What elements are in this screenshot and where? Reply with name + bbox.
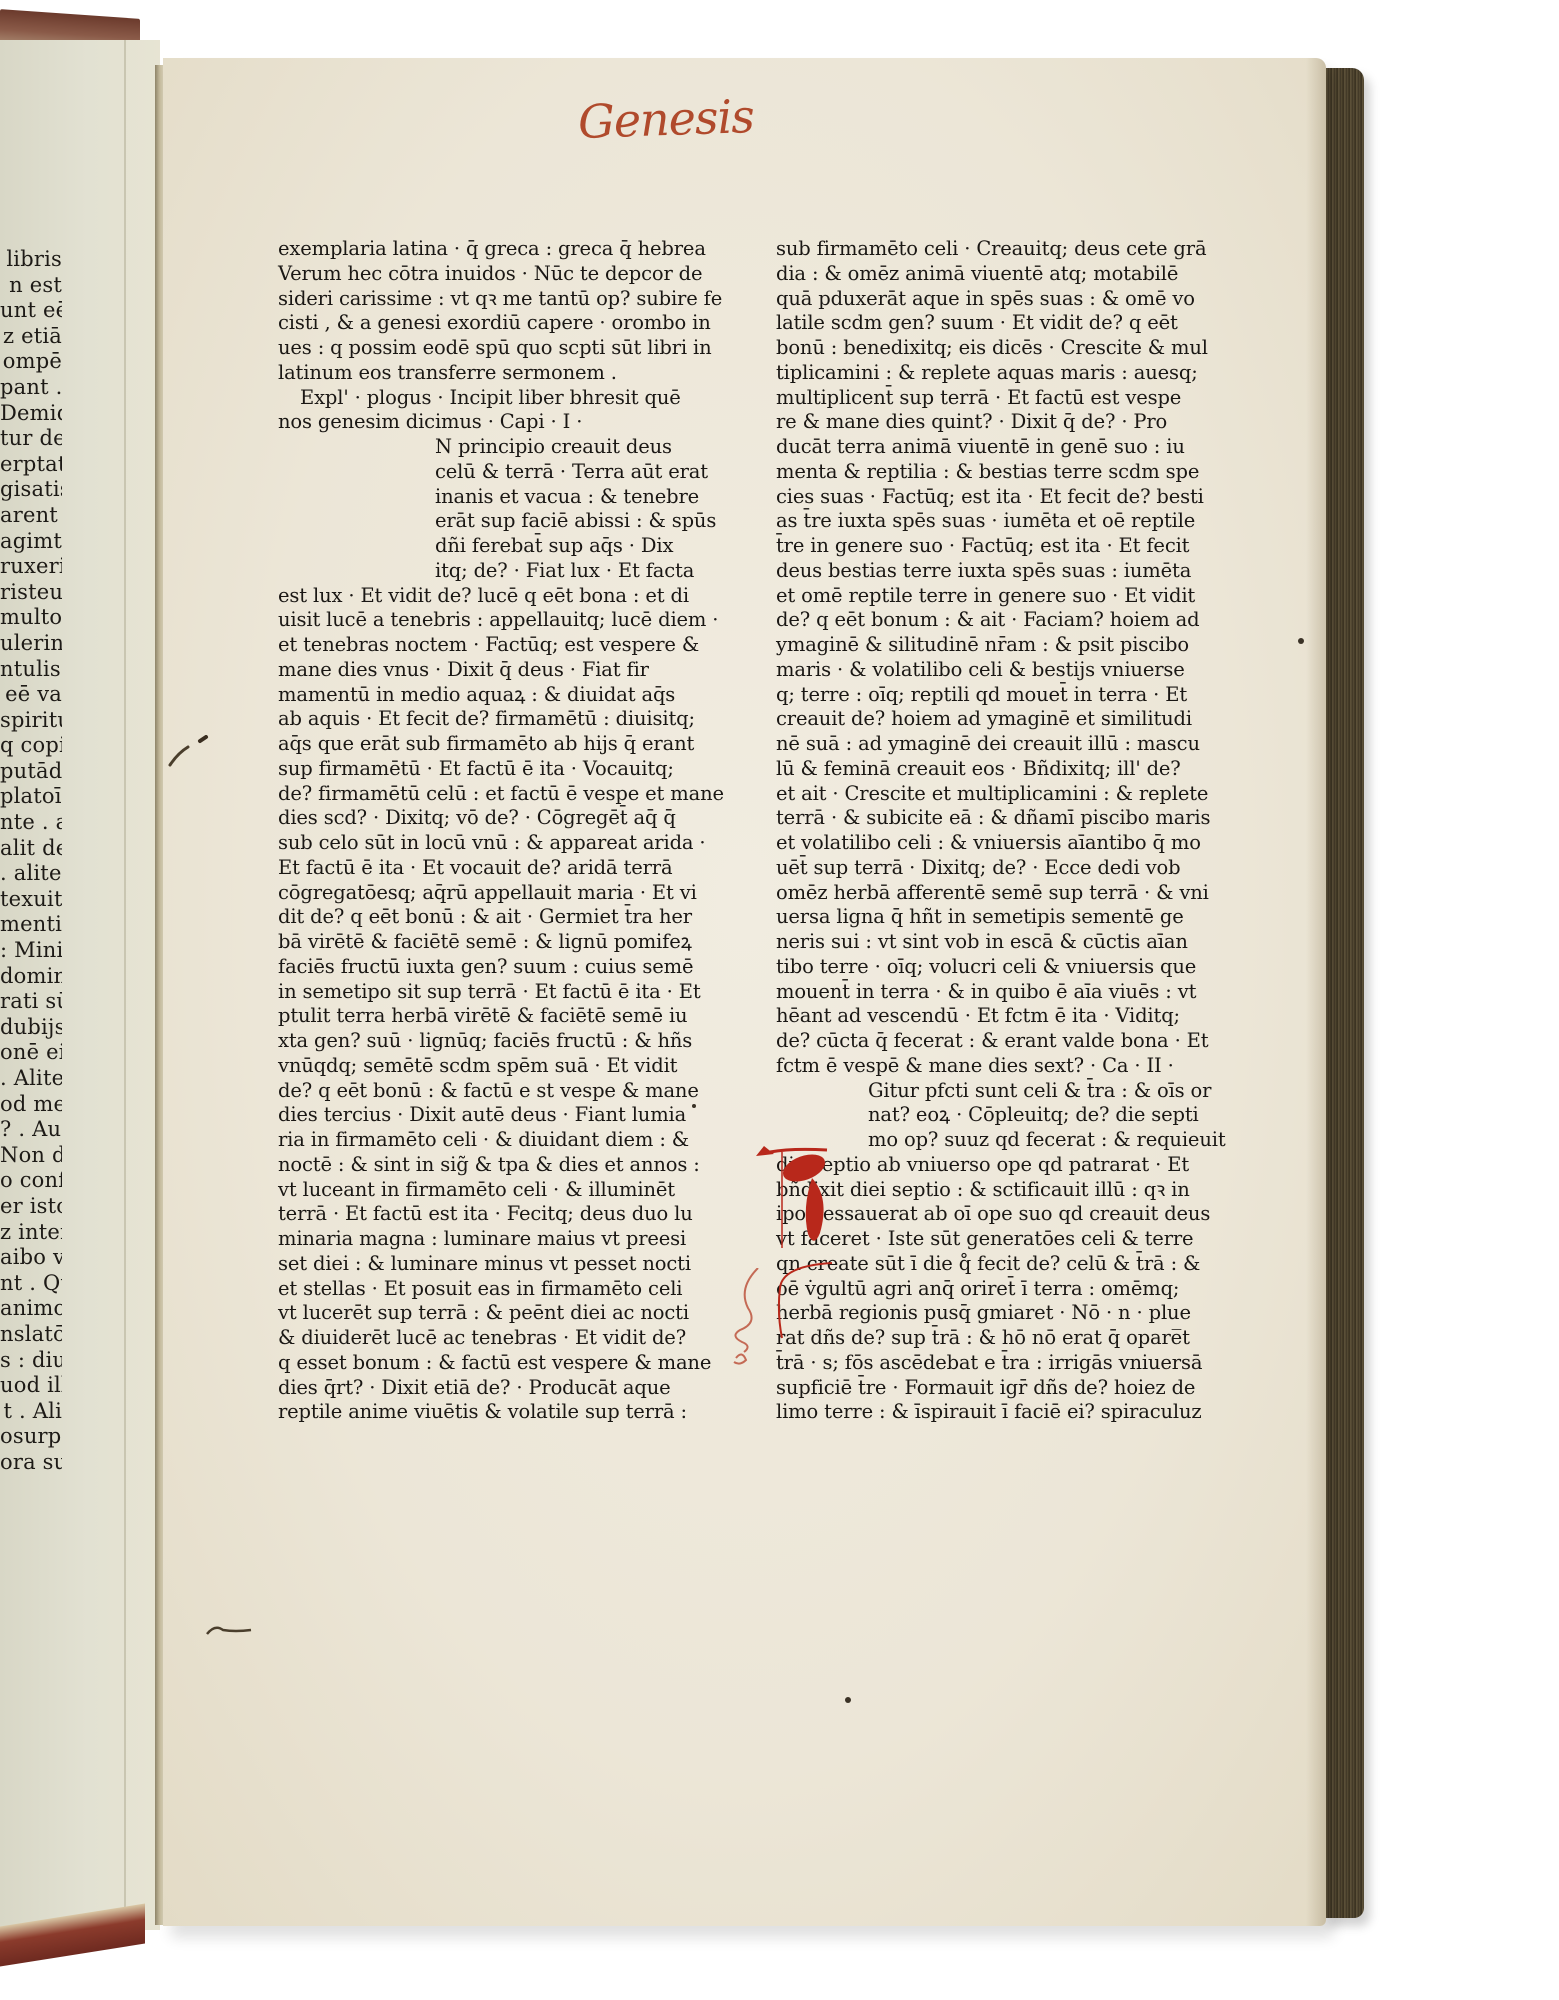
text-line: sideri carissime : vt qꝛ me tantū op? su…: [278, 287, 718, 312]
text-line: terrā · Et factū est ita · Fecitq; deus …: [278, 1202, 718, 1227]
text-line: unt eē: [0, 298, 62, 324]
text-line: s : diuer: [0, 1348, 62, 1374]
running-title: Genesis: [577, 89, 755, 149]
text-line: ? . Audi: [0, 1117, 62, 1143]
text-line: arent .: [0, 503, 62, 529]
text-line: ompē: [0, 349, 62, 375]
text-line: uēt̄ sup terrā · Dixitq; de? · Ecce dedi…: [776, 856, 1212, 881]
text-line: nslatōne: [0, 1322, 62, 1348]
text-line: q copia: [0, 733, 62, 759]
text-line: fctm ē vespē & mane dies sext? · Ca · II…: [776, 1054, 1212, 1079]
text-line: q esset bonum : & factū est vespere & ma…: [278, 1351, 718, 1376]
text-line: die septio ab vniuerso ope qd patrarat ·…: [776, 1153, 1212, 1178]
text-line: bonū : benedixitq; eis dicēs · Crescite …: [776, 336, 1212, 361]
text-line: rat dñs de? sup t̄rā : & hō nō erat q̄ o…: [776, 1326, 1212, 1351]
text-line: . aliter: [0, 861, 62, 887]
text-line: est lux · Et vidit de? lucē q eēt bona :…: [278, 584, 718, 609]
text-line: mouent̄ in terra · & in quibo ē aīa viuē…: [776, 980, 1212, 1005]
text-line: menta & reptilia : & bestias terre scdm …: [776, 460, 1212, 485]
text-line: mamentū in medio aquaꝝ : & diuidat aq̄s: [278, 683, 718, 708]
text-line: nt . Quid: [0, 1271, 62, 1297]
text-line: in semetipo sit sup terrā · Et factū ē i…: [278, 980, 718, 1005]
text-line: nē suā : ad ymaginē dei creauit illū : m…: [776, 732, 1212, 757]
text-line: ducāt terra animā viuentē in genē suo : …: [776, 435, 1212, 460]
text-line: rati sūt: [0, 989, 62, 1015]
text-line: Expl' · plogus · Incipit liber bhresit q…: [278, 386, 718, 411]
text-line: et omē reptile terre in genere suo · Et …: [776, 584, 1212, 609]
text-line: q; terre : oīq; reptili qd mouet̄ in ter…: [776, 683, 1212, 708]
text-line: pant .: [0, 375, 62, 401]
text-line: exemplaria latina · q̄ greca : greca q̄ …: [278, 237, 718, 262]
text-line: dia : & omēz animā viuentē atq; motabilē: [776, 262, 1212, 287]
text-line: uod illi: [0, 1373, 62, 1399]
text-line: omēz herbā afferentē semē sup terrā · & …: [776, 881, 1212, 906]
text-line: platoīs: [0, 784, 62, 810]
text-line: ruxerit: [0, 554, 62, 580]
text-line: ntulisse: [0, 657, 62, 683]
text-line: . Aliter: [0, 1066, 62, 1092]
text-line: aibo vlti: [0, 1245, 62, 1271]
text-line: nte . af: [0, 810, 62, 836]
text-line: herbā regionis pusq̄ gmiaret · Nō · n · …: [776, 1301, 1212, 1326]
text-line: noctē : & sint in sig̃ & tpa & dies et a…: [278, 1153, 718, 1178]
text-line: animos: [0, 1296, 62, 1322]
text-line: domini: [0, 964, 62, 990]
text-line: mentiti: [0, 912, 62, 938]
text-line: texuit :: [0, 887, 62, 913]
speck-dot: [1298, 638, 1304, 644]
text-line: er istoꝝ: [0, 1194, 62, 1220]
left-page-gutter-line: [124, 40, 126, 1930]
text-line: latile scdm gen? suum · Et vidit de? q e…: [776, 311, 1212, 336]
text-line: nat? eoꝝ · Cōpleuitq; de? die septi: [776, 1103, 1212, 1128]
text-line: bā virētē & faciētē semē : & lignū pomif…: [278, 930, 718, 955]
text-line: : Mini: [0, 938, 62, 964]
text-line: reptile anime viuētis & volatile sup ter…: [278, 1400, 718, 1425]
text-line: et volatilibo celi : & vniuersis aīantib…: [776, 831, 1212, 856]
text-line: faciēs fructū iuxta gen? suum : cuius se…: [278, 955, 718, 980]
text-line: ria in firmamēto celi · & diuidant diem …: [278, 1128, 718, 1153]
text-line: dubijs: [0, 1015, 62, 1041]
text-line: vt lucerēt sup terrā : & peēnt diei ac n…: [278, 1301, 718, 1326]
text-line: Verum hec cōtra inuidos · Nūc te depcor …: [278, 262, 718, 287]
text-line: minaria magna : luminare maius vt preesi: [278, 1227, 718, 1252]
speck-dot: [692, 1104, 696, 1108]
text-line: risteus: [0, 580, 62, 606]
text-line: supficiē t̄re · Formauit igr̄ dñs de? ho…: [776, 1376, 1212, 1401]
text-line: agimta: [0, 529, 62, 555]
text-line: n est: [0, 273, 62, 299]
text-line: sup firmamētū · Et factū ē ita · Vocauit…: [278, 757, 718, 782]
speck-dot: [845, 1697, 851, 1703]
text-line: neris sui : vt sint vob in escā & cūctis…: [776, 930, 1212, 955]
text-line: et stellas · Et posuit eas in firmamēto …: [278, 1277, 718, 1302]
text-line: Demiq;: [0, 401, 62, 427]
marginal-flourish-icon: [728, 1268, 768, 1368]
text-line: vt luceant in firmamēto celi · & illumin…: [278, 1178, 718, 1203]
text-column-left: exemplaria latina · q̄ greca : greca q̄ …: [278, 237, 718, 1425]
text-line: o confi: [0, 1168, 62, 1194]
text-line: oē v̇gultū agri anq̄ oriret̄ ī terra : o…: [776, 1277, 1212, 1302]
text-line: bñdixit diei septio : & sctificauit illū…: [776, 1178, 1212, 1203]
text-line: dies q̄rt? · Dixit etiā de? · Producāt a…: [278, 1376, 718, 1401]
text-line: spiritus: [0, 708, 62, 734]
text-line: maris · & volatilibo celi & bestijs vniu…: [776, 658, 1212, 683]
text-line: osurpata: [0, 1424, 62, 1450]
text-line: quā pduxerāt aque in spēs suas : & omē v…: [776, 287, 1212, 312]
text-line: tur de: [0, 426, 62, 452]
text-line: Et factū ē ita · Et vocauit de? aridā te…: [278, 856, 718, 881]
text-line: t̄re in genere suo · Factūq; est ita · E…: [776, 534, 1212, 559]
gutter-scratch-mark-icon: [160, 735, 220, 785]
text-line: N principio creauit deus: [278, 435, 718, 460]
text-line: eē va: [0, 682, 62, 708]
text-line: latinum eos transferre sermonem .: [278, 361, 718, 386]
text-line: et ait · Crescite et multiplicamini : & …: [776, 782, 1212, 807]
text-line: vnūqdq; semētē scdm spēm suā · Et vidit: [278, 1054, 718, 1079]
text-line: t . Ali: [0, 1399, 62, 1425]
text-line: qn create sūt ī die q̊ fecit de? celū & …: [776, 1252, 1212, 1277]
text-line: ab aquis · Et fecit de? firmamētū : diui…: [278, 707, 718, 732]
text-line: gisatis: [0, 477, 62, 503]
text-line: de? firmamētū celū : et factū ē vespe et…: [278, 782, 718, 807]
text-line: celū & terrā · Terra aūt erat: [278, 460, 718, 485]
text-line: putād?: [0, 759, 62, 785]
text-line: dies tercius · Dixit autē deus · Fiant l…: [278, 1103, 718, 1128]
text-line: limo terre : & īspirauit ī faciē ei? spi…: [776, 1400, 1212, 1425]
text-line: z etiā: [0, 324, 62, 350]
text-line: uisit lucē a tenebris : appellauitq; luc…: [278, 608, 718, 633]
text-line: multiplicent̄ sup terrā · Et factū est v…: [776, 386, 1212, 411]
text-line: vt faceret · Iste sūt generatōes celi & …: [776, 1227, 1212, 1252]
text-line: re & mane dies quint? · Dixit q̄ de? · P…: [776, 410, 1212, 435]
text-line: set diei : & luminare minus vt pesset no…: [278, 1252, 718, 1277]
text-line: ymaginē & silitudinē nr̄am : & psit pisc…: [776, 633, 1212, 658]
text-line: t̄rā · s; fōs ascēdebat e t̄ra : irrigās…: [776, 1351, 1212, 1376]
text-line: Non dā: [0, 1143, 62, 1169]
left-page-text-fragment: librisn estunt eēz etiāompēpant .Demiq;t…: [0, 247, 62, 1476]
text-line: dies scd? · Dixitq; vō de? · Cōgregēt̄ a…: [278, 806, 718, 831]
text-line: uersa ligna q̄ hñt in semetipis sementē …: [776, 905, 1212, 930]
bottom-scratch-mark-icon: [205, 1620, 265, 1640]
text-line: de? q eēt bonum : & ait · Faciam? hoiem …: [776, 608, 1212, 633]
text-line: ues : q possim eodē spū quo scpti sūt li…: [278, 336, 718, 361]
text-line: tiplicamini : & replete aquas maris : au…: [776, 361, 1212, 386]
text-line: hēant ad vescendū · Et fctm ē ita · Vidi…: [776, 1004, 1212, 1029]
text-line: terrā · & subicite eā : & dñamī piscibo …: [776, 806, 1212, 831]
text-line: z inter: [0, 1220, 62, 1246]
text-line: et tenebras noctem · Factūq; est vespere…: [278, 633, 718, 658]
text-line: nos genesim dicimus · Capi · I ·: [278, 410, 718, 435]
text-line: mane dies vnus · Dixit q̄ deus · Fiat fi…: [278, 658, 718, 683]
text-line: ulerint: [0, 631, 62, 657]
text-line: creauit de? hoiem ad ymaginē et similitu…: [776, 707, 1212, 732]
text-line: de? q eēt bonū : & factū e st vespe & ma…: [278, 1079, 718, 1104]
text-line: ora sunt: [0, 1450, 62, 1476]
text-line: Gitur pfcti sunt celi & t̄ra : & oīs or: [776, 1079, 1212, 1104]
text-line: libris: [0, 247, 62, 273]
text-line: ptulit terra herbā virētē & faciētē semē…: [278, 1004, 718, 1029]
text-line: tibo terre · oīq; volucri celi & vniuers…: [776, 955, 1212, 980]
left-page: librisn estunt eēz etiāompēpant .Demiq;t…: [0, 40, 160, 1930]
text-line: multo: [0, 605, 62, 631]
text-line: as t̄re iuxta spēs suas · iumēta et oē r…: [776, 509, 1212, 534]
text-line: mo op? suuz qd fecerat : & requieuit: [776, 1128, 1212, 1153]
text-line: erāt sup faciē abissi : & spūs: [278, 509, 718, 534]
text-line: sub firmamēto celi · Creauitq; deus cete…: [776, 237, 1212, 262]
text-line: erptati: [0, 452, 62, 478]
text-line: alit de: [0, 836, 62, 862]
text-line: cisti , & a genesi exordiū capere · orom…: [278, 311, 718, 336]
text-line: cies suas · Factūq; est ita · Et fecit d…: [776, 485, 1212, 510]
text-line: aq̄s que erāt sub firmamēto ab hijs q̄ e…: [278, 732, 718, 757]
text-line: onē eius: [0, 1040, 62, 1066]
text-line: od me: [0, 1092, 62, 1118]
fore-edge: [1322, 68, 1364, 1918]
text-line: dñi ferebat̄ sup aq̄s · Dix: [278, 534, 718, 559]
text-line: sub celo sūt in locū vnū : & appareat ar…: [278, 831, 718, 856]
text-line: de? cūcta q̄ fecerat : & erant valde bon…: [776, 1029, 1212, 1054]
text-line: inanis et vacua : & tenebre: [278, 485, 718, 510]
text-line: lū & feminā creauit eos · Bñdixitq; ill'…: [776, 757, 1212, 782]
text-line: dit de? q eēt bonū : & ait · Germiet t̄r…: [278, 905, 718, 930]
text-line: deus bestias terre iuxta spēs suas : ium…: [776, 559, 1212, 584]
text-line: itq; de? · Fiat lux · Et facta: [278, 559, 718, 584]
text-line: cōgregatōesq; aq̄rū appellauit maria · E…: [278, 881, 718, 906]
text-line: xta gen? suū · lignūq; faciēs fructū : &…: [278, 1029, 718, 1054]
text-column-right: sub firmamēto celi · Creauitq; deus cete…: [776, 237, 1212, 1425]
text-line: ipo cessauerat ab oī ope suo qd creauit …: [776, 1202, 1212, 1227]
text-line: & diuiderēt lucē ac tenebras · Et vidit …: [278, 1326, 718, 1351]
